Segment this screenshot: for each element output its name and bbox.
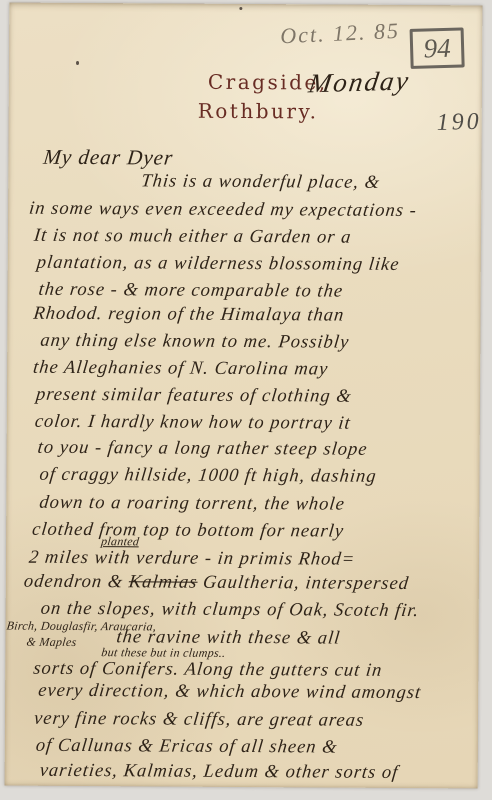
letter-line-gaultheria: odendron & Kalmias Gaultheria, intersper…: [23, 572, 410, 595]
letter-line-verdure: 2 miles with verdure - in primis Rhod=: [28, 548, 356, 571]
letter-line: every direction, & which above wind amon…: [37, 681, 422, 704]
letter-line: down to a roaring torrent, the whole: [38, 493, 346, 516]
page-number: 190: [436, 109, 482, 137]
letter-line: of Callunas & Ericas of all sheen &: [35, 736, 339, 759]
letter-line: the Alleghanies of N. Carolina may: [32, 358, 329, 381]
letter-text: 2 miles with: [28, 548, 137, 569]
letter-line: any thing else known to me. Possibly: [39, 331, 350, 354]
letter-line: of craggy hillside, 1000 ft high, dashin…: [38, 465, 377, 488]
letter-text: Gaultheria, interspersed: [196, 573, 410, 594]
letter-line: the rose - & more comparable to the: [37, 280, 344, 303]
scan-background: { "colors": { "paper": "#e9dbbd", "ink":…: [0, 0, 492, 800]
letter-text: odendron &: [23, 572, 130, 593]
letter-line: to you - fancy a long rather steep slope: [37, 438, 369, 461]
letter-line: Rhodod. region of the Himalaya than: [32, 304, 345, 327]
letterhead-town: Rothbury.: [198, 97, 328, 127]
inserted-word-planted: planted: [100, 534, 140, 549]
letter-line: It is not so much either a Garden or a: [33, 226, 353, 249]
letter-line: present similar features of clothing &: [35, 385, 353, 408]
paper-speck: [76, 61, 79, 65]
letter-page: Oct. 12. 85 94 Cragside, Rothbury. Monda…: [5, 3, 483, 789]
letter-line: very fine rocks & cliffs, are great area…: [33, 709, 365, 732]
folio-number-box: 94: [410, 27, 465, 69]
letter-line: in some ways even exceeded my expectatio…: [28, 199, 418, 222]
letter-line: plantation, as a wilderness blossoming l…: [36, 253, 401, 276]
paper-speck: [239, 7, 242, 10]
pencil-date: Oct. 12. 85: [280, 18, 401, 50]
maples-insertion: & Maples: [26, 635, 78, 650]
letter-text: verdure - in primis Rhod=: [135, 548, 356, 569]
letter-line: color. I hardly know how to portray it: [34, 412, 352, 435]
letter-line: sorts of Conifers. Along the gutters cut…: [32, 659, 383, 682]
folio-number: 94: [423, 32, 451, 64]
letter-line: clothed from top to bottom for nearly: [31, 520, 345, 543]
struck-word-kalmias: Kalmias: [128, 572, 199, 592]
letter-line: This is a wonderful place, &: [140, 171, 381, 193]
salutation: My dear Dyer: [42, 145, 175, 171]
handwritten-day: Monday: [307, 66, 413, 100]
letter-line: varieties, Kalmias, Ledum & other sorts …: [39, 761, 400, 784]
